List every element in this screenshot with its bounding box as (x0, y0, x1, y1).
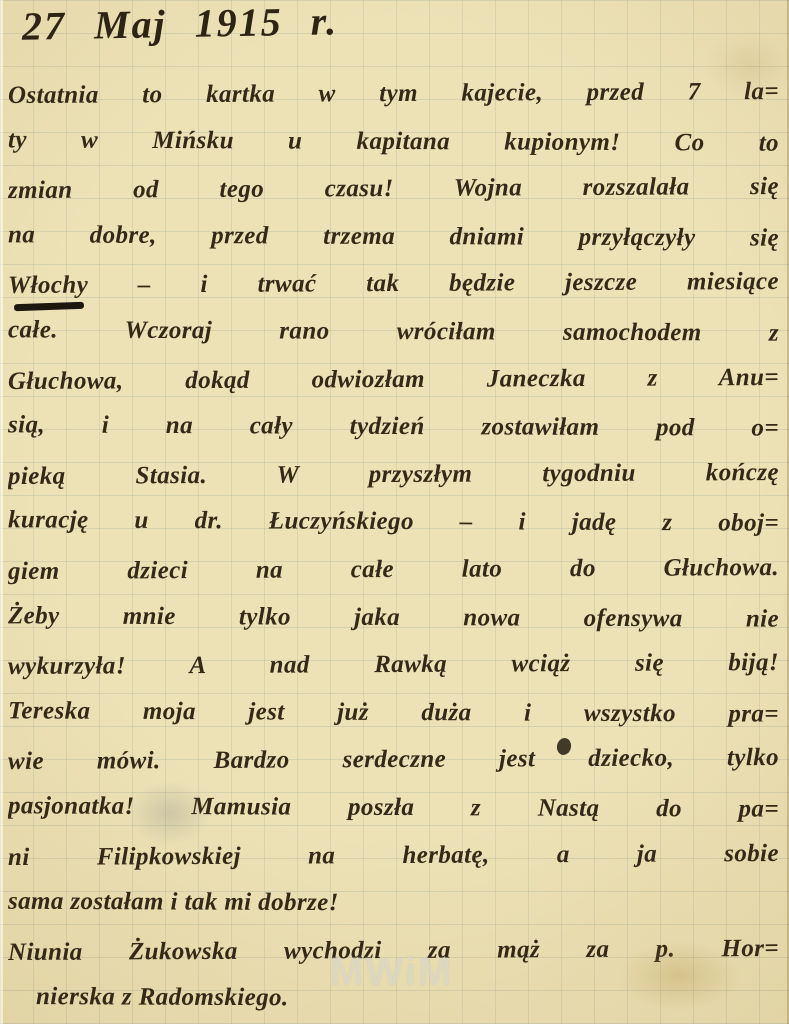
handwritten-line: ty w Mińsku u kapitana kupionym! Co to (8, 116, 779, 167)
handwritten-line: sama zostałam i tak mi dobrze! (8, 878, 588, 928)
handwritten-line: wie mówi. Bardzo serdeczne jest dziecko,… (8, 734, 779, 786)
handwritten-line: Głuchowa, dokąd odwiozłam Janeczka z Anu… (8, 354, 779, 406)
diary-page: 27 Maj 1915 r. Ostatnia to kartka w tym … (0, 0, 789, 1024)
handwritten-line: ni Filipkowskiej na herbatę, a ja sobie (8, 829, 779, 881)
handwritten-line: Żeby mnie tylko jaka nowa ofensywa nie (8, 592, 779, 643)
handwritten-line: wykurzyła! A nad Rawką wciąż się biją! (8, 639, 779, 691)
scan-edge-left (0, 0, 3, 1024)
handwritten-line: sią, i na cały tydzień zostawiłam pod o= (8, 401, 779, 452)
letter-body: Ostatnia to kartka w tym kajecie, przed … (8, 70, 779, 1022)
handwritten-line: pasjonatka! Mamusia poszła z Nastą do pa… (8, 782, 779, 833)
handwritten-line: pieką Stasia. W przyszłym tygodniu kończ… (8, 449, 779, 501)
handwritten-line: całe. Wczoraj rano wróciłam samochodem z (8, 306, 779, 357)
handwritten-line: giem dzieci na całe lato do Głuchowa. (8, 544, 779, 596)
handwritten-line: Włochy – i trwać tak będzie jeszcze mies… (8, 258, 779, 310)
handwritten-line: Ostatnia to kartka w tym kajecie, przed … (8, 68, 779, 120)
handwritten-line: zmian od tego czasu! Wojna rozszalała si… (8, 163, 779, 215)
handwritten-line: na dobre, przed trzema dniami przyłączył… (8, 211, 779, 262)
handwritten-line: Tereska moja jest już duża i wszystko pr… (8, 687, 779, 738)
handwritten-line: kurację u dr. Łuczyńskiego – i jadę z ob… (8, 497, 779, 548)
watermark: MWiM (330, 950, 453, 995)
date-heading: 27 Maj 1915 r. (22, 0, 339, 50)
